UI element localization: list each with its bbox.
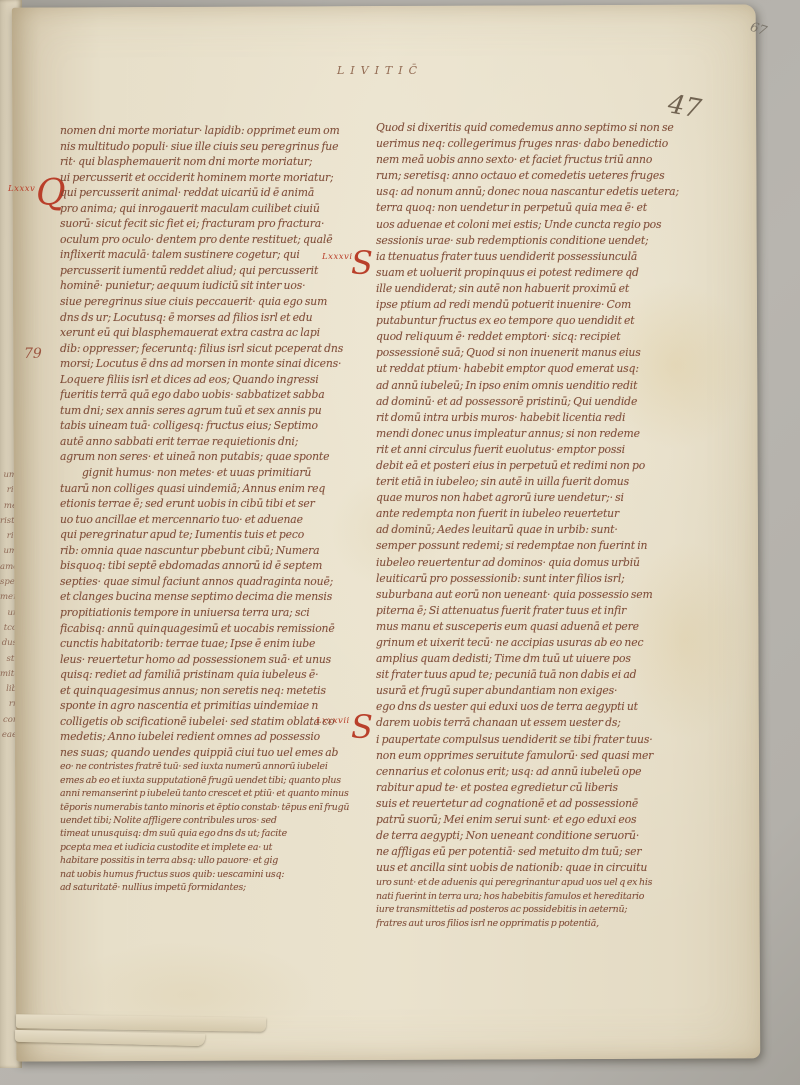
text-line: non eum opprimes seruitute famulorū· sed…: [376, 748, 686, 764]
text-line: tuarū non colliges quasi uindemiā; Annus…: [60, 481, 364, 497]
text-line: leus· reuertetur homo ad possessionem su…: [60, 652, 364, 668]
text-line: morsi; Locutus ē dns ad morsen in monte …: [60, 356, 364, 372]
text-line: nis multitudo populi· siue ille ciuis se…: [60, 139, 364, 155]
text-line: percusserit iumentū reddet aliud; qui pe…: [60, 263, 364, 279]
text-line: habitare possitis in terra absq: ullo pa…: [60, 854, 364, 867]
text-line: sessionis urae· sub redemptionis conditi…: [376, 233, 686, 249]
text-line: nes suas; quando uendes quippiā ciui tuo…: [60, 745, 364, 761]
text-line: terit etiā in iubeleo; sin autē in uilla…: [376, 474, 686, 490]
text-line: nati fuerint in terra ura; hos habebitis…: [376, 890, 686, 903]
text-line: oculum pro oculo· dentem pro dente resti…: [60, 232, 364, 248]
text-line: quisq: rediet ad familiā pristinam quia …: [60, 667, 364, 683]
text-line: suburbana aut eorū non ueneant· quia pos…: [376, 587, 686, 603]
text-line: terra quoq: non uendetur in perpetuū qui…: [376, 200, 686, 216]
text-line: ut reddat ptium· habebit emptor quod eme…: [376, 361, 686, 377]
text-line: rit domū intra urbis muros· habebit lice…: [376, 410, 686, 426]
right-text-column: Quod si dixeritis quid comedemus anno se…: [376, 120, 686, 942]
text-line: inflixerit maculā· talem sustinere coget…: [60, 247, 364, 263]
text-line: cunctis habitatorib: terrae tuae; Ipse ē…: [60, 636, 364, 652]
text-line: ille uendiderat; sin autē non habuerit p…: [376, 281, 686, 297]
text-line: fueritis terrā quā ego dabo uobis· sabba…: [60, 387, 364, 403]
text-line: ad annū iubeleū; In ipso enim omnis uend…: [376, 378, 686, 394]
text-line: usurā et frugū super abundantiam non exi…: [376, 683, 686, 699]
text-line: Quod si dixeritis quid comedemus anno se…: [376, 120, 686, 136]
text-line: propitiationis tempore in uniuersa terra…: [60, 605, 364, 621]
text-line: suorū· sicut fecit sic fiet ei; fractura…: [60, 216, 364, 232]
text-line: uerimus neq: collegerimus fruges nras· d…: [376, 136, 686, 152]
text-line: ego dns ds uester qui eduxi uos de terra…: [376, 699, 686, 715]
text-line: suam et uoluerit propinquus ei potest re…: [376, 265, 686, 281]
text-line: sponte in agro nascentia et primitias ui…: [60, 698, 364, 714]
text-line: rit et anni circulus fuerit euolutus· em…: [376, 442, 686, 458]
text-line: et clanges bucina mense septimo decima d…: [60, 589, 364, 605]
text-line: tabis uineam tuā· colligesq: fructus eiu…: [60, 418, 364, 434]
text-line: uo tuo ancillae et mercennario tuo· et a…: [60, 512, 364, 528]
text-line: mus manu et susceperis eum quasi aduenā …: [376, 619, 686, 635]
text-line: debit eā et posteri eius in perpetuū et …: [376, 458, 686, 474]
text-line: et quinquagesimus annus; non seretis neq…: [60, 683, 364, 699]
text-line: ia ttenuatus frater tuus uendiderit poss…: [376, 249, 686, 265]
text-line: bisquoq: tibi septē ebdomadas annorū id …: [60, 558, 364, 574]
text-line: grinum et uixerit tecū· ne accipias usur…: [376, 635, 686, 651]
text-line: sit frater tuus apud te; pecuniā tuā non…: [376, 667, 686, 683]
text-line: rit· qui blasphemauerit nom dni morte mo…: [60, 154, 364, 170]
text-line: etionis terrae ē; sed erunt uobis in cib…: [60, 496, 364, 512]
text-line: medetis; Anno iubelei redient omnes ad p…: [60, 729, 364, 745]
text-line: piterna ē; Si attenuatus fuerit frater t…: [376, 603, 686, 619]
manuscript-photo: umritmēristiritumamespemmenurtcodusstimi…: [0, 0, 800, 1085]
text-line: xerunt eū qui blasphemauerat extra castr…: [60, 325, 364, 341]
text-line: autē anno sabbati erit terrae requietion…: [60, 434, 364, 450]
text-line: ad saturitatē· nullius impetū formidante…: [60, 881, 364, 894]
text-line: qui peregrinatur apud te; Iumentis tuis …: [60, 527, 364, 543]
text-line: iubeleo reuertentur ad dominos· quia dom…: [376, 555, 686, 571]
text-line: colligetis ob scificationē iubelei· sed …: [60, 714, 364, 730]
left-text-column: nomen dni morte moriatur· lapidib: oppri…: [60, 123, 364, 923]
text-line: putabuntur fructus ex eo tempore quo uen…: [376, 313, 686, 329]
text-line: hominē· punietur; aequum iudiciū sit int…: [60, 278, 364, 294]
text-line: gignit humus· non metes· et uuas primiti…: [60, 465, 364, 481]
text-line: uos aduenae et coloni mei estis; Unde cu…: [376, 217, 686, 233]
margin-number-79: 79: [24, 346, 42, 362]
text-line: dib: oppresser; feceruntq: filius isrl s…: [60, 341, 364, 357]
text-line: uus et ancilla sint uobis de nationib: q…: [376, 860, 686, 876]
text-line: septies· quae simul faciunt annos quadra…: [60, 574, 364, 590]
text-line: anni remanserint p iubeleū tanto crescet…: [60, 787, 364, 800]
text-line: ne affligas eū per potentiā· sed metuito…: [376, 844, 686, 860]
text-line: i paupertate compulsus uendiderit se tib…: [376, 732, 686, 748]
text-line: agrum non seres· et uineā non putabis; q…: [60, 449, 364, 465]
text-line: possessionē suā; Quod si non inuenerit m…: [376, 345, 686, 361]
text-line: ad dominū· et ad possessorē pristinū; Qu…: [376, 394, 686, 410]
text-line: eo· ne contristes fratrē tuū· sed iuxta …: [60, 760, 364, 773]
text-line: emes ab eo et iuxta supputationē frugū u…: [60, 774, 364, 787]
chapter-numeral-lxxxv: Lxxxv: [8, 184, 35, 194]
text-line: siue peregrinus siue ciuis peccauerit· q…: [60, 294, 364, 310]
text-line: ante redempta non fuerit in iubeleo reue…: [376, 506, 686, 522]
text-line: ipse ptium ad redi mendū potuerit inueni…: [376, 297, 686, 313]
text-line: leuiticarū pro possessionib: sunt inter …: [376, 571, 686, 587]
text-line: amplius quam dedisti; Time dm tuū ut uiu…: [376, 651, 686, 667]
text-line: tum dni; sex annis seres agrum tuū et se…: [60, 403, 364, 419]
text-line: ui percusserit et occiderit hominem mort…: [60, 170, 364, 186]
text-line: rabitur apud te· et postea egredietur cū…: [376, 780, 686, 796]
text-line: qui percusserit animal· reddat uicariū i…: [60, 185, 364, 201]
text-line: de terra aegypti; Non ueneant conditione…: [376, 828, 686, 844]
text-line: uendet tibi; Nolite affligere contribule…: [60, 814, 364, 827]
text-line: ad dominū; Aedes leuitarū quae in urbib:…: [376, 522, 686, 538]
text-line: uro sunt· et de aduenis qui peregrinantu…: [376, 876, 686, 889]
text-line: quae muros non habet agrorū iure uendetu…: [376, 490, 686, 506]
text-line: mendi donec unus impleatur annus; si non…: [376, 426, 686, 442]
text-line: nem meā uobis anno sexto· et faciet fruc…: [376, 152, 686, 168]
text-line: tēporis numerabis tanto minoris et ēptio…: [60, 801, 364, 814]
text-line: darem uobis terrā chanaan ut essem ueste…: [376, 715, 686, 731]
text-line: nomen dni morte moriatur· lapidib: oppri…: [60, 123, 364, 139]
text-line: Loquere filiis isrl et dices ad eos; Qua…: [60, 372, 364, 388]
text-line: cennarius et colonus erit; usq: ad annū …: [376, 764, 686, 780]
text-line: nat uobis humus fructus suos quib: uesca…: [60, 868, 364, 881]
running-title: LIVITIC̄: [0, 64, 760, 77]
text-line: pro anima; qui inrogauerit maculam cuili…: [60, 201, 364, 217]
text-line: timeat unusquisq: dm suū quia ego dns ds…: [60, 827, 364, 840]
text-line: rib: omnia quae nascuntur pbebunt cibū; …: [60, 543, 364, 559]
text-line: quod reliquum ē· reddet emptori· sicq: r…: [376, 329, 686, 345]
text-line: pcepta mea et iudicia custodite et imple…: [60, 841, 364, 854]
text-line: fratres aut uros filios isrl ne opprimat…: [376, 917, 686, 930]
text-line: ficabisq: annū quinquagesimū et uocabis …: [60, 621, 364, 637]
text-line: semper possunt redemi; si redemptae non …: [376, 538, 686, 554]
text-line: patrū suorū; Mei enim serui sunt· et ego…: [376, 812, 686, 828]
text-line: suis et reuertetur ad cognationē et ad p…: [376, 796, 686, 812]
text-line: iure transmittetis ad posteros ac possid…: [376, 903, 686, 916]
text-line: usq: ad nonum annū; donec noua nascantur…: [376, 184, 686, 200]
text-line: rum; seretisq: anno octauo et comedetis …: [376, 168, 686, 184]
text-line: dns ds ur; Locutusq: ē morses ad filios …: [60, 310, 364, 326]
